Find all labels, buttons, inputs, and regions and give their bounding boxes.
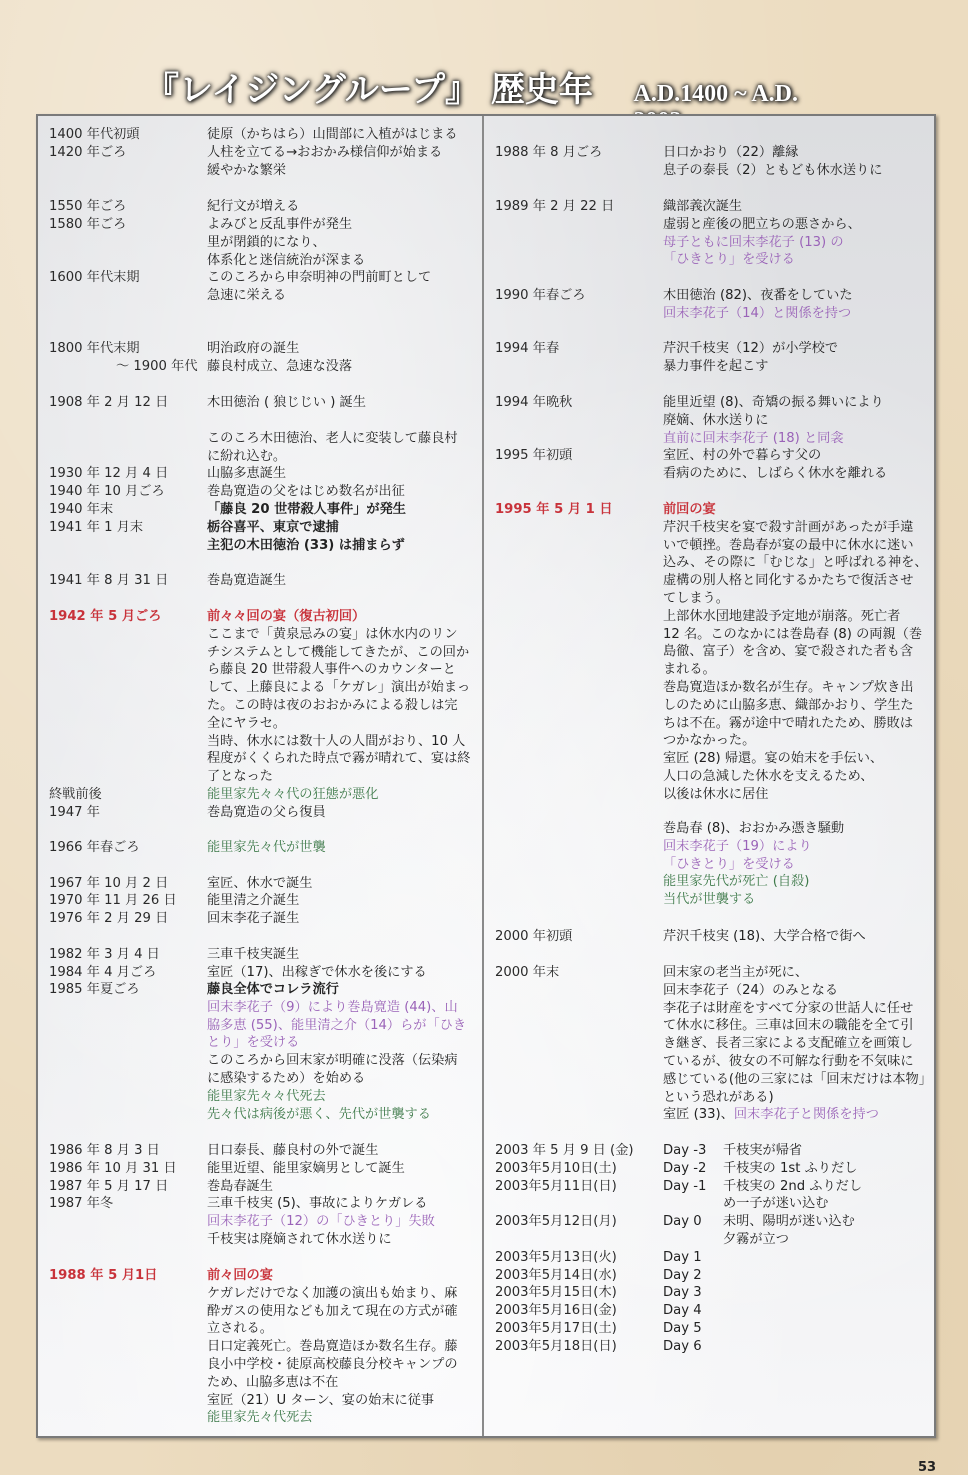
day-event: 未明、陽明が迷い込む (723, 1213, 855, 1231)
page-title: 『レイジングループ』 歴史年表 A.D.1400 ~ A.D. 2003 (145, 62, 845, 112)
entry-text: という恐れがある) (663, 1089, 774, 1107)
entry-date: 1982 年 3 月 4 日 (49, 946, 160, 964)
entry-date: 1941 年 8 月 31 日 (49, 572, 168, 590)
entry-text: 室匠（17)、出稼ぎで休水を後にする (207, 964, 427, 982)
day-label: Day -3 (663, 1142, 706, 1160)
entry-text: 「ひきとり」を受ける (663, 856, 795, 874)
entry-text: 「ひきとり」を受ける (663, 251, 795, 269)
entry-text: 里が閉鎖的になり、 (207, 234, 326, 252)
entry-date: 1966 年春ごろ (49, 839, 140, 857)
entry-text: ているが、彼女の不可解な行動を不気味に (663, 1053, 914, 1071)
entry-text: 室匠、休水で誕生 (207, 875, 313, 893)
entry-text: 木田徳治 (82)、夜番をしていた (663, 287, 853, 305)
entry-text: 上部休水団地建設予定地が崩落。死亡者 (663, 608, 900, 626)
entry-text: 廃嫡、休水送りに (663, 412, 769, 430)
entry-text: 能里近望、能里家嫡男として誕生 (207, 1160, 405, 1178)
entry-text: このころから申奈明神の門前町として (207, 269, 431, 287)
entry-text: 能里家先々代が世襲 (207, 839, 326, 857)
entry-text: して、上藤良による「ケガレ」演出が始まっ (207, 679, 470, 697)
entry-date: 1995 年初頭 (495, 447, 572, 465)
entry-text: 藤良全体でコレラ流行 (207, 981, 339, 999)
entry-text: 全にヤラセ。 (207, 715, 286, 733)
entry-text: 能里家先々代死去 (207, 1409, 313, 1427)
entry-text: 李花子は財産をすべて分家の世話人に任せ (663, 1000, 913, 1018)
entry-text: とり」を受ける (207, 1034, 299, 1052)
entry-text: き継ぎ、長者三家による支配確立を画策し (663, 1035, 913, 1053)
entry-date: 1947 年 (49, 804, 100, 822)
entry-text: 以後は休水に居住 (663, 786, 769, 804)
entry-text: 感じている(他の三家には「回末だけは本物」 (663, 1071, 932, 1089)
entry-date: 1941 年 1 月末 (49, 519, 143, 537)
entry-text: 能里家先代が死亡 (自殺) (663, 873, 809, 891)
entry-text: 日口定義死亡。巻島寛造ほか数名生存。藤 (207, 1338, 458, 1356)
entry-text: 藤良村成立、急速な没落 (207, 358, 352, 376)
day-label: Day 4 (663, 1302, 702, 1320)
day-label: Day 1 (663, 1249, 702, 1267)
entry-date: 1800 年代末期 (49, 340, 140, 358)
entry-text: 栃谷喜平、東京で逮捕 (207, 519, 339, 537)
entry-date: 1550 年ごろ (49, 198, 126, 216)
entry-text: 回末家の老当主が死に、 (663, 964, 808, 982)
day-event: 千枝実の 2nd ふりだし (723, 1178, 862, 1196)
entry-text: 了となった (207, 768, 273, 786)
entry-text: 看病のために、しばらく休水を離れる (663, 465, 887, 483)
entry-date: 1942 年 5 月ごろ (49, 608, 161, 626)
entry-text: 前々回の宴 (207, 1267, 273, 1285)
entry-date: 1580 年ごろ (49, 216, 126, 234)
entry-text: 暴力事件を起こす (663, 358, 769, 376)
entry-text: 千枝実は廃嫡されて休水送りに (207, 1231, 392, 1249)
day-date: 2003 年 5 月 9 日 (金) (495, 1142, 634, 1160)
entry-text: 主犯の木田徳治 (33) は捕まらず (207, 537, 405, 555)
entry-text: に感染するため）を始める (207, 1070, 365, 1088)
entry-text: 芹沢千枝実 (18)、大学合格で街へ (663, 928, 866, 946)
entry-text: 織部義次誕生 (663, 198, 742, 216)
entry-text: 込み、その際に「むじな」と呼ばれる神を、 (663, 554, 928, 572)
entry-text: 室匠 (33)、回末李花子と関係を持つ (663, 1106, 879, 1124)
entry-text: 巻島寛造の父をはじめ数名が出征 (207, 483, 405, 501)
entry-text: 徒原（かちはら）山間部に入植がはじまる (207, 126, 458, 144)
day-date: 2003年5月18日(日) (495, 1338, 617, 1356)
entry-text: チシステムとして機能してきたが、この回か (207, 644, 469, 662)
day-date: 2003年5月16日(金) (495, 1302, 617, 1320)
entry-date: 1976 年 2 月 29 日 (49, 910, 168, 928)
entry-text: 回末李花子（14）と関係を持つ (663, 305, 851, 323)
entry-text: 日口かおり（22）離縁 (663, 144, 798, 162)
day-label: Day 5 (663, 1320, 702, 1338)
entry-text: 木田徳治 ( 狼じじい ) 誕生 (207, 394, 366, 412)
day-label: Day 3 (663, 1284, 702, 1302)
day-date: 2003年5月10日(土) (495, 1160, 617, 1178)
entry-text: た。この時は夜のおおかみによる殺しは完 (207, 697, 458, 715)
entry-date: 1990 年春ごろ (495, 287, 586, 305)
entry-text: に紛れ込む。 (207, 448, 286, 466)
entry-text: よみびと反乱事件が発生 (207, 216, 352, 234)
entry-date: 1967 年 10 月 2 日 (49, 875, 168, 893)
day-date: 2003年5月13日(火) (495, 1249, 617, 1267)
entry-text: ため、山脇多恵は不在 (207, 1374, 338, 1392)
entry-date: 終戦前後 (49, 786, 102, 804)
entry-date: 1400 年代初頭 (49, 126, 140, 144)
entry-text: 脇多恵 (55)、能里清之介（14）らが「ひき (207, 1017, 466, 1035)
entry-text: ら藤良 20 世帯殺人事件へのカウンターと (207, 661, 456, 679)
entry-text: 人柱を立てる→おおかみ様信仰が始まる (207, 144, 442, 162)
timeline-table: 1400 年代初頭徒原（かちはら）山間部に入植がはじまる1420 年ごろ人柱を立… (36, 114, 936, 1438)
entry-text: 当時、休水には数十人の人間がおり、10 人 (207, 733, 465, 751)
entry-date: 2000 年末 (495, 964, 559, 982)
entry-text: 芹沢千枝実（12）が小学校で (663, 340, 838, 358)
entry-date: 1988 年 5 月1日 (49, 1267, 157, 1285)
entry-text: 「藤良 20 世帯殺人事件」が発生 (207, 501, 406, 519)
day-event: 千枝実の 1st ふりだし (723, 1160, 857, 1178)
entry-text: 良小中学校・徒原高校藤良分校キャンプの (207, 1356, 458, 1374)
entry-date: 1987 年 5 月 17 日 (49, 1178, 168, 1196)
entry-text: 巻島寛造誕生 (207, 572, 286, 590)
day-event: 夕霧が立つ (723, 1231, 789, 1249)
entry-date: 1600 年代末期 (49, 269, 140, 287)
entry-text: このころから回末家が明確に没落（伝染病 (207, 1052, 458, 1070)
entry-date: 1985 年夏ごろ (49, 981, 140, 999)
day-label: Day 0 (663, 1213, 702, 1231)
entry-text: 巻島寛造ほか数名が生存。キャンプ炊き出 (663, 679, 914, 697)
entry-text: 能里近望 (8)、奇矯の振る舞いにより (663, 394, 884, 412)
entry-text: 虚弱と産後の肥立ちの悪さから、 (663, 216, 861, 234)
entry-text: て休水に移住。三車は回末の職能を全て引 (663, 1017, 914, 1035)
entry-text-prefix: 室匠 (33)、 (663, 1107, 734, 1122)
entry-date: 2000 年初頭 (495, 928, 572, 946)
page-number: 53 (918, 1460, 936, 1475)
entry-date: 1984 年 4 月ごろ (49, 964, 156, 982)
day-date: 2003年5月17日(土) (495, 1320, 617, 1338)
entry-text: 12 名。このなかには巻島春 (8) の両親（巻 (663, 626, 922, 644)
entry-date: 1940 年 10 月ごろ (49, 483, 165, 501)
entry-text: 巻島寛造の父ら復員 (207, 804, 326, 822)
entry-text: 前回の宴 (663, 501, 716, 519)
entry-date: 1986 年 10 月 31 日 (49, 1160, 177, 1178)
entry-text: 立される。 (207, 1320, 273, 1338)
entry-text: 三車千枝実誕生 (207, 946, 299, 964)
entry-text: 室匠（21）U ターン、宴の始末に従事 (207, 1392, 434, 1410)
day-date: 2003年5月15日(木) (495, 1284, 617, 1302)
entry-text: 体系化と迷信統治が深まる (207, 252, 365, 270)
entry-text: 息子の泰長（2）ともども休水送りに (663, 162, 882, 180)
entry-text: 日口泰長、藤良村の外で誕生 (207, 1142, 378, 1160)
entry-text: つかなかった。 (663, 732, 755, 750)
entry-date: 1970 年 11 月 26 日 (49, 892, 177, 910)
entry-text: 能里家先々々代の狂態が悪化 (207, 786, 378, 804)
entry-text: 回末李花子（12）の「ひきとり」失敗 (207, 1213, 435, 1231)
entry-text: 能里清之介誕生 (207, 892, 299, 910)
entry-text: 回末李花子誕生 (207, 910, 299, 928)
day-date: 2003年5月11日(日) (495, 1178, 617, 1196)
entry-date: 1988 年 8 月ごろ (495, 144, 602, 162)
entry-text: 能里家先々々代死去 (207, 1088, 326, 1106)
entry-text: まれる。 (663, 661, 716, 679)
entry-text: 回末李花子（9）により巻島寛造 (44)、山 (207, 999, 458, 1017)
entry-text: 島徹、富子）を含め、宴で殺された者も含 (663, 643, 913, 661)
entry-text: 巻島春誕生 (207, 1178, 273, 1196)
entry-date: 1986 年 8 月 3 日 (49, 1142, 160, 1160)
entry-text: 三車千枝実 (5)、事故によりケガレる (207, 1195, 427, 1213)
entry-text: 急速に栄える (207, 287, 286, 305)
entry-text: いで頓挫。巻島春が宴の最中に休水に迷い (663, 537, 914, 555)
entry-text: 室匠、村の外で暮らす父の (663, 447, 821, 465)
entry-text: このころ木田徳治、老人に変装して藤良村 (207, 430, 458, 448)
entry-text: 回末李花子（19）により (663, 838, 812, 856)
entry-text: 室匠 (28) 帰還。宴の始末を手伝い、 (663, 750, 883, 768)
entry-text: 前々々回の宴（復古初回） (207, 608, 365, 626)
entry-text: 程度がくくられた時点で霧が晴れて、宴は終 (207, 750, 470, 768)
entry-date: 1940 年末 (49, 501, 113, 519)
entry-text: 明治政府の誕生 (207, 340, 299, 358)
entry-text: ここまで「黄泉忌みの宴」は休水内のリン (207, 626, 458, 644)
entry-date: 1420 年ごろ (49, 144, 126, 162)
day-date: 2003年5月14日(水) (495, 1267, 617, 1285)
entry-text: 虚構の別人格と同化するかたちで復活させ (663, 572, 913, 590)
entry-date: 1994 年晩秋 (495, 394, 572, 412)
entry-text: 緩やかな繁栄 (207, 162, 286, 180)
day-label: Day -1 (663, 1178, 706, 1196)
entry-text: 母子ともに回末李花子 (13) の (663, 234, 844, 252)
entry-text: 回末李花子（24）のみとなる (663, 982, 838, 1000)
entry-text: 直前に回末李花子 (18) と同衾 (663, 430, 844, 448)
entry-text: 紀行文が増える (207, 198, 299, 216)
entry-text: 酔ガスの使用なども加えて現在の方式が確 (207, 1303, 458, 1321)
entry-date: 1994 年春 (495, 340, 559, 358)
entry-date: ～ 1900 年代 (116, 358, 198, 376)
entry-text: 人口の急減した休水を支えるため、 (663, 768, 873, 786)
entry-text: 芹沢千枝実を宴で殺す計画があったが手違 (663, 519, 913, 537)
day-date: 2003年5月12日(月) (495, 1213, 617, 1231)
entry-date: 1908 年 2 月 12 日 (49, 394, 168, 412)
entry-date: 1987 年冬 (49, 1195, 113, 1213)
entry-text: てしまう。 (663, 590, 729, 608)
day-label: Day 2 (663, 1267, 702, 1285)
entry-text: 先々代は病後が悪く、先代が世襲する (207, 1106, 431, 1124)
entry-text: 当代が世襲する (663, 891, 755, 909)
day-event: 千枝実が帰省 (723, 1142, 802, 1160)
entry-text: ちは不在。霧が途中で晴れたため、勝敗は (663, 715, 913, 733)
entry-text: 巻島春 (8)、おおかみ憑き騒動 (663, 820, 844, 838)
entry-date: 1995 年 5 月 1 日 (495, 501, 613, 519)
entry-text: しのために山脇多恵、織部かおり、学生た (663, 697, 914, 715)
day-event: め一子が迷い込む (723, 1195, 829, 1213)
entry-text: 山脇多恵誕生 (207, 465, 286, 483)
entry-date: 1989 年 2 月 22 日 (495, 198, 614, 216)
day-label: Day 6 (663, 1338, 702, 1356)
entry-date: 1930 年 12 月 4 日 (49, 465, 168, 483)
day-label: Day -2 (663, 1160, 706, 1178)
column-divider (482, 116, 484, 1436)
entry-text-highlight: 回末李花子と関係を持つ (734, 1107, 879, 1122)
entry-text: ケガレだけでなく加護の演出も始まり、麻 (207, 1285, 457, 1303)
